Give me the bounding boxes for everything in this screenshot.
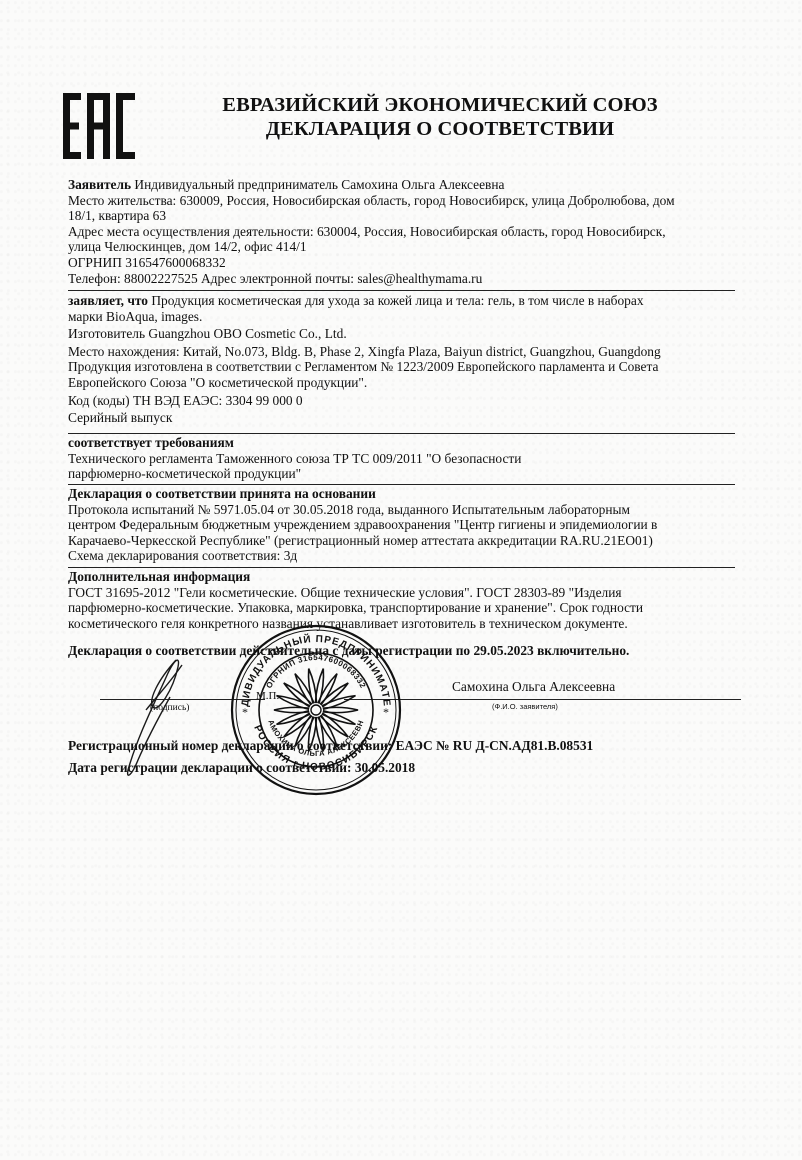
signer-name: Самохина Ольга Алексеевна xyxy=(452,679,615,695)
signer-caption: (Ф.И.О. заявителя) xyxy=(492,702,558,711)
contacts: Телефон: 88002227525 Адрес электронной п… xyxy=(68,271,738,287)
requirements-heading: соответствует требованиям xyxy=(68,435,738,451)
basis-heading: Декларация о соответствии принята на осн… xyxy=(68,486,738,502)
additional-line-2: парфюмерно-косметические. Упаковка, марк… xyxy=(68,600,738,616)
declares-label: заявляет, что xyxy=(68,293,148,308)
activity-address-line-2: улица Челюскинцев, дом 14/2, офис 414/1 xyxy=(68,239,738,255)
additional-heading: Дополнительная информация xyxy=(68,569,738,585)
manufacturer-location: Место нахождения: Китай, No.073, Bldg. B… xyxy=(68,344,738,360)
release-type: Серийный выпуск xyxy=(68,410,738,426)
requirements-line-1: Технического регламента Таможенного союз… xyxy=(68,451,738,467)
residence-line-1: Место жительства: 630009, Россия, Новоси… xyxy=(68,193,738,209)
product-line-2: марки BioAqua, images. xyxy=(68,309,738,325)
declaration-scheme: Схема декларирования соответствия: 3д xyxy=(68,548,738,564)
svg-text:*: * xyxy=(383,705,389,719)
svg-text:*: * xyxy=(242,705,248,719)
residence-line-2: 18/1, квартира 63 xyxy=(68,208,738,224)
requirements-section: соответствует требованиям Технического р… xyxy=(68,435,738,482)
applicant-name: Индивидуальный предприниматель Самохина … xyxy=(131,177,504,192)
manufacturer: Изготовитель Guangzhou OBO Cosmetic Co.,… xyxy=(68,326,738,342)
basis-section: Декларация о соответствии принята на осн… xyxy=(68,486,738,564)
title-union: ЕВРАЗИЙСКИЙ ЭКОНОМИЧЕСКИЙ СОЮЗ xyxy=(150,93,730,117)
eac-logo-icon xyxy=(63,93,135,159)
regulation-line-1: Продукция изготовлена в соответствии с Р… xyxy=(68,359,738,375)
document-title: ЕВРАЗИЙСКИЙ ЭКОНОМИЧЕСКИЙ СОЮЗ ДЕКЛАРАЦИ… xyxy=(150,93,730,141)
basis-line-1: Протокола испытаний № 5971.05.04 от 30.0… xyxy=(68,502,738,518)
divider xyxy=(68,290,735,291)
applicant-line: Заявитель Индивидуальный предприниматель… xyxy=(68,177,738,193)
divider xyxy=(68,567,735,568)
ogrnip: ОГРНИП 316547600068332 xyxy=(68,255,738,271)
requirements-line-2: парфюмерно-косметической продукции" xyxy=(68,466,738,482)
product-line-1: заявляет, что Продукция косметическая дл… xyxy=(68,293,738,309)
product-description: Продукция косметическая для ухода за кож… xyxy=(148,293,644,308)
divider xyxy=(68,433,735,434)
basis-line-2: центром Федеральным бюджетным учреждение… xyxy=(68,517,738,533)
product-section: заявляет, что Продукция косметическая дл… xyxy=(68,293,738,426)
hs-code: Код (коды) ТН ВЭД ЕАЭС: 3304 99 000 0 xyxy=(68,393,738,409)
additional-line-1: ГОСТ 31695-2012 "Гели косметические. Общ… xyxy=(68,585,738,601)
divider xyxy=(68,484,735,485)
regulation-line-2: Европейского Союза "О косметической прод… xyxy=(68,375,738,391)
applicant-section: Заявитель Индивидуальный предприниматель… xyxy=(68,177,738,286)
svg-text:ОГРНИП 316547600068332: ОГРНИП 316547600068332 xyxy=(264,653,367,690)
title-declaration: ДЕКЛАРАЦИЯ О СООТВЕТСТВИИ xyxy=(150,117,730,141)
activity-address-line-1: Адрес места осуществления деятельности: … xyxy=(68,224,738,240)
round-seal-stamp-icon: ИНДИВИДУАЛЬНЫЙ ПРЕДПРИНИМАТЕЛЬ РОССИЯ г.… xyxy=(228,622,404,798)
basis-line-3: Карачаево-Черкесской Республике" (регист… xyxy=(68,533,738,549)
applicant-label: Заявитель xyxy=(68,177,131,192)
